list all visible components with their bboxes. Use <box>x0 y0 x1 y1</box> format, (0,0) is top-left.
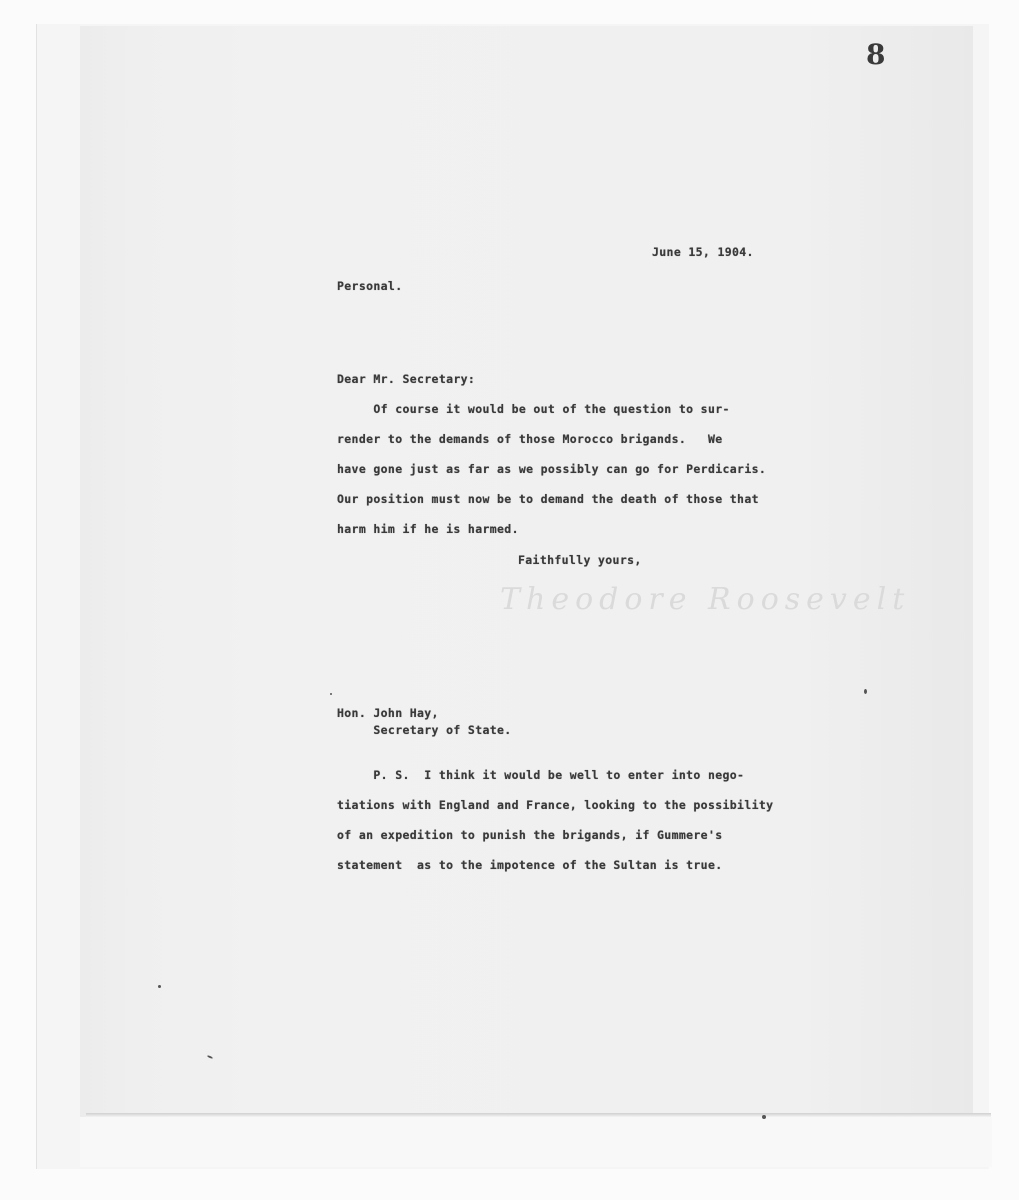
salutation: Dear Mr. Secretary: <box>337 372 475 386</box>
body-line: have gone just as far as we possibly can… <box>337 462 766 476</box>
scan-speck <box>864 689 867 694</box>
body-line: harm him if he is harmed. <box>337 522 519 536</box>
postscript-line: of an expedition to punish the brigands,… <box>337 828 723 842</box>
postscript-line: statement as to the impotence of the Sul… <box>337 858 723 872</box>
recipient-title: Secretary of State. <box>337 723 512 737</box>
scan-speck <box>330 693 332 695</box>
handwritten-signature: Theodore Roosevelt <box>500 582 910 617</box>
postscript-line: P. S. I think it would be well to enter … <box>337 768 744 782</box>
classification-label: Personal. <box>337 279 402 293</box>
letter-date: June 15, 1904. <box>652 245 754 259</box>
body-line: Our position must now be to demand the d… <box>337 492 759 506</box>
recipient-name: Hon. John Hay, <box>337 706 439 720</box>
postscript-line: tiations with England and France, lookin… <box>337 798 773 812</box>
scan-speck <box>762 1115 766 1119</box>
page-number: 8 <box>866 38 885 71</box>
closing: Faithfully yours, <box>518 553 642 567</box>
scan-speck <box>158 985 161 988</box>
body-line: render to the demands of those Morocco b… <box>337 432 723 446</box>
letter-page <box>80 26 973 1118</box>
scan-margin <box>80 1117 992 1167</box>
body-line: Of course it would be out of the questio… <box>337 402 730 416</box>
